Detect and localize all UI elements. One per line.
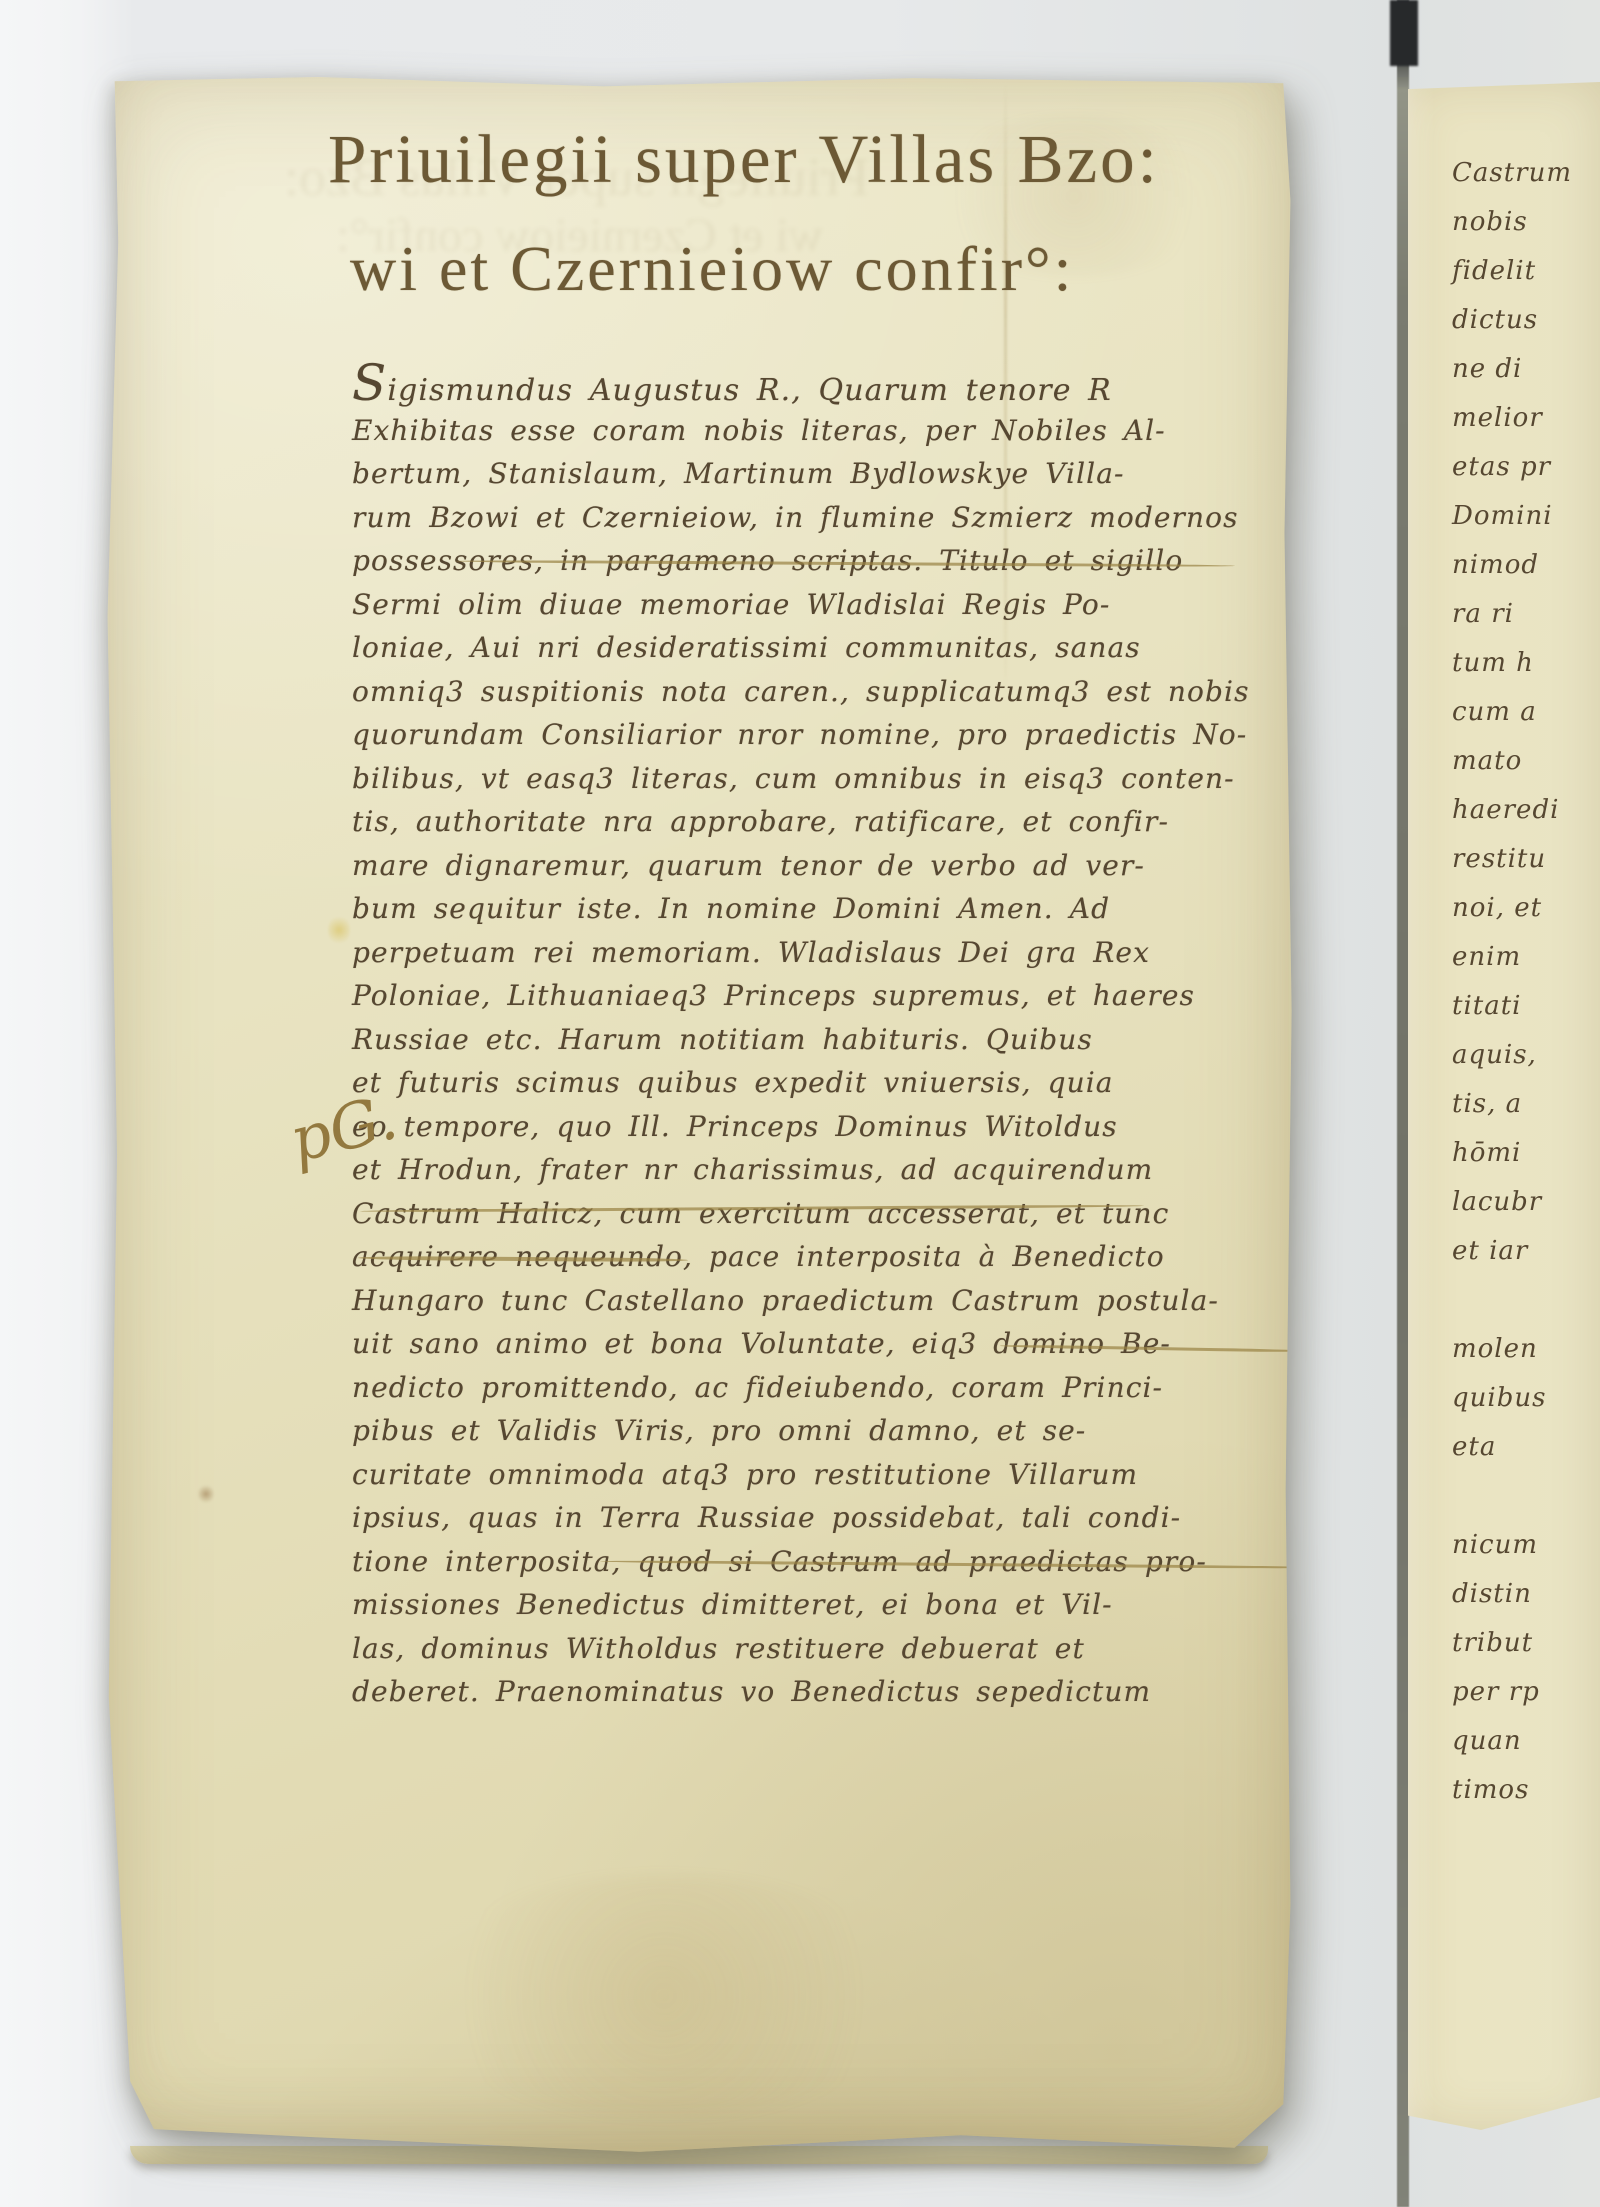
facing-page-line-fragment: tis, a <box>1452 1089 1572 1138</box>
manuscript-page: Priuilegii super Villas Bzo: wi et Czern… <box>104 76 1294 2154</box>
manuscript-line: Castrum Halicz, cum exercitum accesserat… <box>352 1197 1250 1241</box>
manuscript-line: omniq3 suspitionis nota caren., supplica… <box>352 675 1250 719</box>
facing-page-text: Castrumnobisfidelitdictusne dimelioretas… <box>1452 158 1572 1824</box>
stain <box>404 1876 924 2116</box>
manuscript-line: Poloniae, Lithuaniaeq3 Princeps supremus… <box>352 979 1250 1023</box>
facing-page-line-fragment: tum h <box>1452 648 1572 697</box>
manuscript-line: perpetuam rei memoriam. Wladislaus Dei g… <box>352 936 1250 980</box>
manuscript-line: Exhibitas esse coram nobis literas, per … <box>352 414 1250 458</box>
manuscript-body: Sigismundus Augustus R., Quarum tenore R… <box>352 370 1250 1719</box>
facing-page-line-fragment: nobis <box>1452 207 1572 256</box>
facing-page-line-fragment: molen <box>1452 1334 1572 1383</box>
stain <box>328 914 350 946</box>
facing-page-line-fragment: quan <box>1452 1726 1572 1775</box>
manuscript-line: Sermi olim diuae memoriae Wladislai Regi… <box>352 588 1250 632</box>
scan-background: { "manuscript": { "title": { "line1": "P… <box>0 0 1600 2207</box>
manuscript-line: ipsius, quas in Terra Russiae possidebat… <box>352 1501 1250 1545</box>
manuscript-line: curitate omnimoda atq3 pro restitutione … <box>352 1458 1250 1502</box>
facing-page: Castrumnobisfidelitdictusne dimelioretas… <box>1408 82 1600 2130</box>
facing-page-line-fragment <box>1452 1285 1572 1334</box>
manuscript-line: las, dominus Witholdus restituere debuer… <box>352 1632 1250 1676</box>
book-spine-edge-dark-top <box>1390 0 1418 66</box>
manuscript-line: et futuris scimus quibus expedit vniuers… <box>352 1066 1250 1110</box>
facing-page-line-fragment: eta <box>1452 1432 1572 1481</box>
manuscript-line: acquirere nequeundo, pace interposita à … <box>352 1240 1250 1284</box>
facing-page-line-fragment: distin <box>1452 1579 1572 1628</box>
facing-page-line-fragment: melior <box>1452 403 1572 452</box>
manuscript-line: mare dignaremur, quarum tenor de verbo a… <box>352 849 1250 893</box>
facing-page-line-fragment: haeredi <box>1452 795 1572 844</box>
book-spine-edge <box>1397 0 1409 2207</box>
facing-page-line-fragment: tribut <box>1452 1628 1572 1677</box>
manuscript-line: pibus et Validis Viris, pro omni damno, … <box>352 1414 1250 1458</box>
facing-page-line-fragment: Castrum <box>1452 158 1572 207</box>
manuscript-line: bertum, Stanislaum, Martinum Bydlowskye … <box>352 457 1250 501</box>
facing-page-line-fragment: et iar <box>1452 1236 1572 1285</box>
manuscript-line: nedicto promittendo, ac fideiubendo, cor… <box>352 1371 1250 1415</box>
facing-page-line-fragment: restitu <box>1452 844 1572 893</box>
facing-page-line-fragment: etas pr <box>1452 452 1572 501</box>
facing-page-line-fragment: quibus <box>1452 1383 1572 1432</box>
manuscript-line: deberet. Praenominatus vo Benedictus sep… <box>352 1675 1250 1719</box>
manuscript-line: quorundam Consiliarior nror nomine, pro … <box>352 718 1250 762</box>
facing-page-line-fragment: aquis, <box>1452 1040 1572 1089</box>
facing-page-line-fragment: ra ri <box>1452 599 1572 648</box>
facing-page-line-fragment: nicum <box>1452 1530 1572 1579</box>
facing-page-line-fragment: ne di <box>1452 354 1572 403</box>
manuscript-line: eo tempore, quo Ill. Princeps Dominus Wi… <box>352 1110 1250 1154</box>
stain <box>198 1484 214 1504</box>
manuscript-line: bum sequitur iste. In nomine Domini Amen… <box>352 892 1250 936</box>
facing-page-line-fragment: timos <box>1452 1775 1572 1824</box>
manuscript-line: Hungaro tunc Castellano praedictum Castr… <box>352 1284 1250 1328</box>
manuscript-line: missiones Benedictus dimitteret, ei bona… <box>352 1588 1250 1632</box>
facing-page-line-fragment: fidelit <box>1452 256 1572 305</box>
facing-page-line-fragment: mato <box>1452 746 1572 795</box>
facing-page-line-fragment: titati <box>1452 991 1572 1040</box>
manuscript-line: tis, authoritate nra approbare, ratifica… <box>352 805 1250 849</box>
facing-page-line-fragment: per rp <box>1452 1677 1572 1726</box>
facing-page-line-fragment <box>1452 1481 1572 1530</box>
manuscript-line: Sigismundus Augustus R., Quarum tenore R <box>352 370 1250 414</box>
facing-page-line-fragment: lacubr <box>1452 1187 1572 1236</box>
facing-page-line-fragment: noi, et <box>1452 893 1572 942</box>
facing-page-line-fragment: enim <box>1452 942 1572 991</box>
facing-page-line-fragment: cum a <box>1452 697 1572 746</box>
manuscript-line: bilibus, vt easq3 literas, cum omnibus i… <box>352 762 1250 806</box>
manuscript-page-wrapper: Priuilegii super Villas Bzo: wi et Czern… <box>104 76 1294 2154</box>
facing-page-line-fragment: dictus <box>1452 305 1572 354</box>
facing-page-line-fragment: nimod <box>1452 550 1572 599</box>
facing-page-line-fragment: Domini <box>1452 501 1572 550</box>
manuscript-line: loniae, Aui nri desideratissimi communit… <box>352 631 1250 675</box>
page-title-line-1: Priuilegii super Villas Bzo: <box>328 120 1160 199</box>
manuscript-line: Russiae etc. Harum notitiam habituris. Q… <box>352 1023 1250 1067</box>
manuscript-line: et Hrodun, frater nr charissimus, ad acq… <box>352 1153 1250 1197</box>
page-title-line-2: wi et Czernieiow confir°: <box>350 232 1074 306</box>
manuscript-line: rum Bzowi et Czernieiow, in flumine Szmi… <box>352 501 1250 545</box>
facing-page-line-fragment: hōmi <box>1452 1138 1572 1187</box>
